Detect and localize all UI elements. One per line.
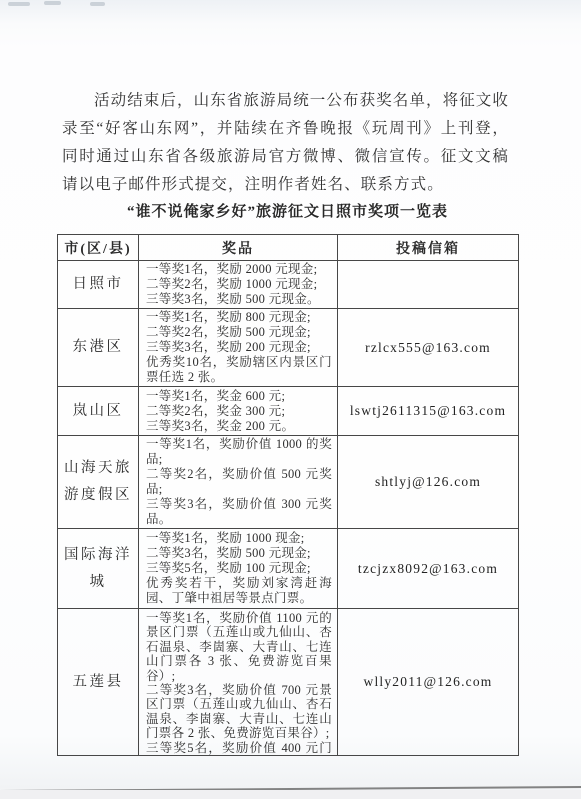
prize-item: 三等奖5名，奖励 100 元现金; bbox=[146, 561, 332, 576]
prize-item: 优秀奖若干，奖励刘家湾赶海园、丁肇中祖居等景点门票。 bbox=[146, 576, 332, 606]
table-row: 日照市一等奖1名，奖励 2000 元现金;二等奖2名，奖励 1000 元现金;三… bbox=[58, 261, 519, 309]
prizes-cell: 一等奖1名，奖励价值 1000 的奖品;二等奖2名，奖励价值 500 元奖品;三… bbox=[139, 436, 338, 529]
table-row: 岚山区一等奖1名，奖金 600 元;二等奖2名，奖金 300 元;三等奖3名，奖… bbox=[58, 387, 519, 436]
prize-item: 一等奖1名，奖金 600 元; bbox=[146, 389, 332, 404]
prize-item: 二等奖2名，奖励 1000 元现金; bbox=[146, 277, 332, 292]
prizes-list: 一等奖1名，奖励价值 1100 元的景区门票（五莲山或九仙山、杏石温泉、李崮寨、… bbox=[146, 611, 332, 753]
prize-item: 二等奖2名，奖金 300 元; bbox=[146, 404, 332, 419]
prize-item: 二等奖3名，奖励价值 700 元景区门票（五莲山或九仙山、杏石温泉、李崮寨、大青… bbox=[146, 683, 332, 741]
scan-artifact bbox=[8, 2, 30, 6]
table-row: 山海天旅游度假区一等奖1名，奖励价值 1000 的奖品;二等奖2名，奖励价值 5… bbox=[58, 436, 519, 529]
prize-item: 一等奖1名，奖励价值 1000 的奖品; bbox=[146, 437, 332, 467]
email-cell: shtlyj@126.com bbox=[338, 436, 519, 529]
region-cell: 山海天旅游度假区 bbox=[58, 436, 139, 529]
table-row: 东港区一等奖1名，奖励 800 元现金;二等奖2名，奖励 500 元现金;三等奖… bbox=[58, 309, 519, 387]
prizes-cell: 一等奖1名，奖励 800 元现金;二等奖2名，奖励 500 元现金;三等奖3名，… bbox=[139, 309, 338, 387]
prizes-list: 一等奖1名，奖励价值 1000 的奖品;二等奖2名，奖励价值 500 元奖品;三… bbox=[146, 437, 332, 527]
prizes-cell: 一等奖1名，奖励 1000 现金;二等奖3名，奖励 500 元现金;三等奖5名，… bbox=[139, 529, 338, 609]
scanner-background bbox=[0, 790, 581, 799]
prize-item: 一等奖1名，奖励 2000 元现金; bbox=[146, 262, 332, 277]
prize-item: 一等奖1名，奖励 800 元现金; bbox=[146, 310, 332, 325]
header-mailbox: 投稿信箱 bbox=[338, 235, 519, 261]
prize-item: 二等奖2名，奖励 500 元现金; bbox=[146, 325, 332, 340]
prize-item: 三等奖5名，奖励价值 400 元门票（五莲山或九仙山、杏石温泉、李崮寨、 bbox=[146, 741, 332, 756]
email-cell: lswtj2611315@163.com bbox=[338, 387, 519, 436]
region-cell: 日照市 bbox=[58, 261, 139, 309]
region-cell: 东港区 bbox=[58, 309, 139, 387]
prize-item: 一等奖1名，奖励价值 1100 元的景区门票（五莲山或九仙山、杏石温泉、李崮寨、… bbox=[146, 611, 332, 683]
prizes-list: 一等奖1名，奖励 2000 元现金;二等奖2名，奖励 1000 元现金;三等奖3… bbox=[146, 262, 332, 307]
header-prizes: 奖品 bbox=[139, 235, 338, 261]
prizes-list: 一等奖1名，奖金 600 元;二等奖2名，奖金 300 元;三等奖3名，奖金 2… bbox=[146, 389, 332, 434]
scan-artifact bbox=[44, 1, 61, 5]
prize-table: 市(区/县) 奖品 投稿信箱 日照市一等奖1名，奖励 2000 元现金;二等奖2… bbox=[57, 234, 519, 756]
scan-artifact bbox=[90, 2, 105, 6]
prizes-cell: 一等奖1名，奖励 2000 元现金;二等奖2名，奖励 1000 元现金;三等奖3… bbox=[139, 261, 338, 309]
region-cell: 岚山区 bbox=[58, 387, 139, 436]
table-title: “谁不说俺家乡好”旅游征文日照市奖项一览表 bbox=[57, 200, 518, 221]
prize-item: 三等奖3名，奖金 200 元。 bbox=[146, 419, 332, 434]
region-cell: 五莲县 bbox=[58, 609, 139, 756]
prizes-cell: 一等奖1名，奖励价值 1100 元的景区门票（五莲山或九仙山、杏石温泉、李崮寨、… bbox=[139, 609, 338, 756]
email-cell bbox=[338, 261, 519, 309]
prize-item: 三等奖3名，奖励 500 元现金。 bbox=[146, 292, 332, 307]
email-cell: tzcjzx8092@163.com bbox=[338, 529, 519, 609]
intro-paragraph: 活动结束后，山东省旅游局统一公布获奖名单，将征文收录至“好客山东网”，并陆续在齐… bbox=[62, 87, 509, 199]
prize-item: 三等奖3名，奖励 200 元现金; bbox=[146, 340, 332, 355]
prizes-cell: 一等奖1名，奖金 600 元;二等奖2名，奖金 300 元;三等奖3名，奖金 2… bbox=[139, 387, 338, 436]
table-header-row: 市(区/县) 奖品 投稿信箱 bbox=[58, 235, 519, 261]
email-cell: wlly2011@126.com bbox=[338, 609, 519, 756]
table-row: 五莲县一等奖1名，奖励价值 1100 元的景区门票（五莲山或九仙山、杏石温泉、李… bbox=[58, 609, 519, 756]
prize-item: 一等奖1名，奖励 1000 现金; bbox=[146, 531, 332, 546]
region-cell: 国际海洋城 bbox=[58, 529, 139, 609]
table-row: 国际海洋城一等奖1名，奖励 1000 现金;二等奖3名，奖励 500 元现金;三… bbox=[58, 529, 519, 609]
scanned-document-page: 活动结束后，山东省旅游局统一公布获奖名单，将征文收录至“好客山东网”，并陆续在齐… bbox=[0, 0, 581, 799]
prize-item: 二等奖2名，奖励价值 500 元奖品; bbox=[146, 467, 332, 497]
prize-item: 三等奖3名，奖励价值 300 元奖品。 bbox=[146, 497, 332, 527]
email-cell: rzlcx555@163.com bbox=[338, 309, 519, 387]
prizes-list: 一等奖1名，奖励 1000 现金;二等奖3名，奖励 500 元现金;三等奖5名，… bbox=[146, 531, 332, 606]
header-region: 市(区/县) bbox=[58, 235, 139, 261]
prize-table-body: 日照市一等奖1名，奖励 2000 元现金;二等奖2名，奖励 1000 元现金;三… bbox=[58, 261, 519, 756]
prize-item: 优秀奖10名，奖励辖区内景区门票任选 2 张。 bbox=[146, 355, 332, 385]
prizes-list: 一等奖1名，奖励 800 元现金;二等奖2名，奖励 500 元现金;三等奖3名，… bbox=[146, 310, 332, 385]
prize-item: 二等奖3名，奖励 500 元现金; bbox=[146, 546, 332, 561]
